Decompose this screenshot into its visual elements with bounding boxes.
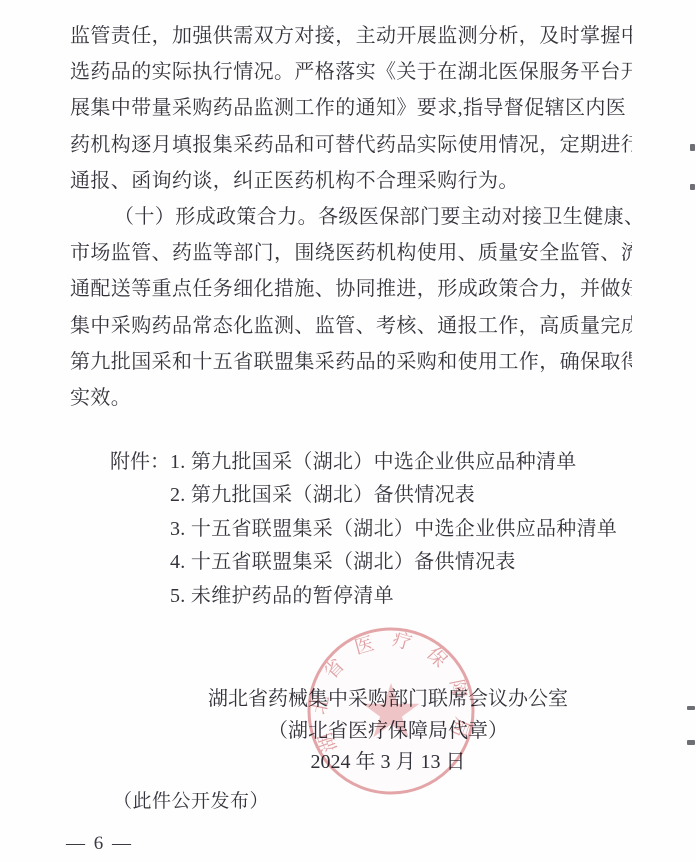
body-line: 监管责任，加强供需双方对接，主动开展监测分析，及时掌握中 [70, 18, 632, 54]
attachment-item: 2. 第九批国采（湖北）备供情况表 [170, 479, 617, 512]
body-line: 展集中带量采购药品监测工作的通知》要求,指导督促辖区内医 [70, 90, 632, 126]
body-line: 通配送等重点任务细化措施、协同推进，形成政策合力，并做好 [70, 271, 632, 307]
scan-artifact [687, 706, 695, 710]
page-number: — 6 — [66, 833, 133, 855]
signature-block: 湖北省药械集中采购部门联席会议办公室 （湖北省医疗保障局代章） 2024 年 3… [88, 684, 688, 779]
scan-artifact [687, 740, 695, 745]
document-page: 监管责任，加强供需双方对接，主动开展监测分析，及时掌握中 选药品的实际执行情况。… [0, 0, 696, 862]
attachment-item: 3. 十五省联盟集采（湖北）中选企业供应品种清单 [170, 513, 617, 546]
attachment-item: 4. 十五省联盟集采（湖北）备供情况表 [170, 546, 617, 579]
body-line: 第九批国采和十五省联盟集采药品的采购和使用工作，确保取得 [70, 344, 632, 380]
scan-artifact [690, 144, 695, 151]
body-line: 通报、函询约谈，纠正医药机构不合理采购行为。 [70, 163, 632, 199]
attachments-label: 附件： [110, 446, 170, 479]
public-release-note: （此件公开发布） [113, 786, 269, 813]
body-line: 集中采购药品常态化监测、监管、考核、通报工作，高质量完成 [70, 308, 632, 344]
body-line: 市场监管、药监等部门，围绕医药机构使用、质量安全监管、流 [70, 235, 632, 271]
body-line: 药机构逐月填报集采药品和可替代药品实际使用情况，定期进行 [70, 127, 632, 163]
attachment-item: 5. 未维护药品的暂停清单 [170, 580, 617, 613]
body-line-paragraph-start: （十）形成政策合力。各级医保部门要主动对接卫生健康、 [70, 199, 632, 235]
body-line: 选药品的实际执行情况。严格落实《关于在湖北医保服务平台开 [70, 54, 632, 90]
attachment-item: 1. 第九批国采（湖北）中选企业供应品种清单 [170, 446, 617, 479]
attachments-list: 1. 第九批国采（湖北）中选企业供应品种清单 2. 第九批国采（湖北）备供情况表… [170, 446, 617, 613]
scan-artifact [690, 184, 695, 190]
signature-date: 2024 年 3 月 13 日 [88, 747, 688, 779]
signature-on-behalf: （湖北省医疗保障局代章） [88, 716, 688, 748]
signature-organization: 湖北省药械集中采购部门联席会议办公室 [88, 684, 688, 716]
attachments-block: 附件： 1. 第九批国采（湖北）中选企业供应品种清单 2. 第九批国采（湖北）备… [110, 446, 617, 613]
body-line: 实效。 [70, 380, 632, 416]
document-body: 监管责任，加强供需双方对接，主动开展监测分析，及时掌握中 选药品的实际执行情况。… [70, 18, 632, 416]
